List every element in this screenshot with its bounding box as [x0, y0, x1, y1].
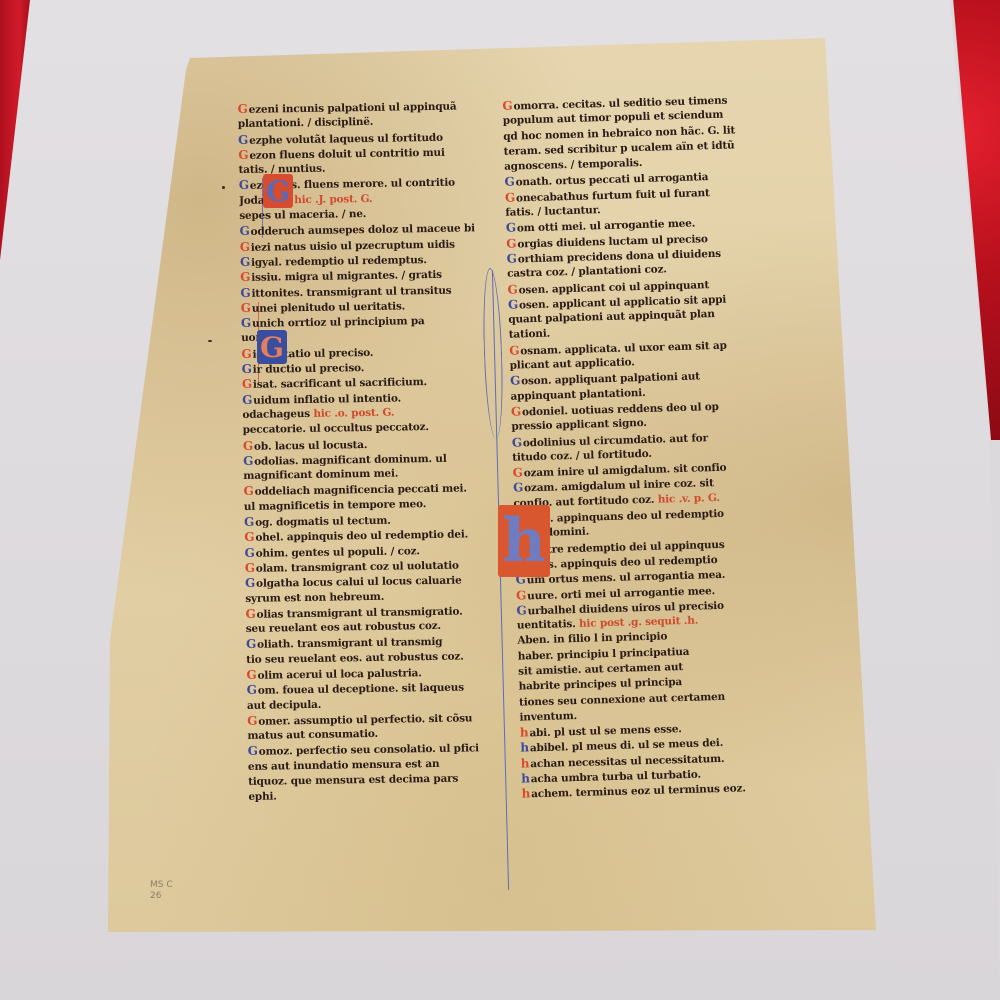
- minor-initial: G: [241, 347, 251, 361]
- line-text: magnificant dominum mei.: [243, 468, 398, 482]
- minor-initial: G: [516, 588, 526, 602]
- line-text: appinquant plantationi.: [510, 387, 645, 403]
- line-text: ob. lacus ul locusta.: [254, 439, 368, 453]
- line-text: oliath. transmigrant ul transmig: [257, 636, 442, 651]
- shelfmark-line: MS C: [150, 880, 173, 891]
- minor-initial: G: [245, 607, 255, 621]
- line-text: fatis. / luctantur.: [505, 204, 600, 219]
- minor-initial: G: [243, 438, 253, 452]
- decorated-initial-h: h: [498, 505, 550, 577]
- line-text: ul magnificetis in tempore meo.: [244, 498, 427, 513]
- line-text: syrum est non hebreum.: [245, 590, 384, 604]
- minor-initial: h: [521, 756, 530, 770]
- line-text: tiquoz. que mensura est decima pars: [248, 773, 458, 788]
- line-text: og. dogmatis ul tectum.: [255, 515, 391, 529]
- minor-initial: G: [506, 221, 516, 235]
- line-text: ezon fluens doluit ul contritio mui: [249, 147, 445, 162]
- line-text: habrite principes ul principa: [518, 676, 682, 693]
- minor-initial: G: [242, 392, 252, 406]
- decorated-initial-g: G: [263, 174, 293, 208]
- line-text: inventum.: [519, 710, 577, 724]
- shelfmark: MS C 26: [150, 880, 173, 902]
- minor-initial: G: [246, 668, 256, 682]
- ink-speck: [208, 340, 212, 342]
- line-text: ephi.: [248, 791, 276, 803]
- line-text: tio seu reuelant eos. aut robustus coz.: [246, 650, 464, 665]
- line-text: om. fouea ul deceptione. sit laqueus: [258, 682, 464, 697]
- line-text: agnoscens. / temporalis.: [504, 157, 642, 173]
- minor-initial: G: [247, 714, 257, 728]
- minor-initial: G: [241, 301, 251, 315]
- minor-initial: G: [505, 190, 515, 204]
- minor-initial: G: [516, 603, 526, 617]
- minor-initial: G: [242, 362, 252, 376]
- line-text: oddeliach magnificencia peccati mei.: [255, 483, 467, 498]
- minor-initial: G: [502, 99, 512, 113]
- line-text: matus aut consumatio.: [247, 728, 378, 742]
- minor-initial: G: [248, 744, 258, 758]
- line-text: olim acerui ul loca palustria.: [257, 667, 421, 682]
- line-text: Aben. in filio l in principio: [517, 631, 667, 647]
- rubric: hic .J. post. G.: [294, 193, 372, 206]
- line-text: plantationi. / disciplinë.: [238, 116, 374, 130]
- minor-initial: G: [237, 102, 247, 116]
- minor-initial: G: [504, 175, 514, 189]
- minor-initial: G: [243, 454, 253, 468]
- minor-initial: G: [241, 316, 251, 330]
- line-text: uidum inflatio ul intentio.: [253, 392, 401, 406]
- line-text: ezeni incunis palpationi ul appinquã: [249, 101, 457, 116]
- line-text: seu reuelant eos aut robustus coz.: [246, 620, 441, 635]
- minor-initial: G: [243, 484, 253, 498]
- line-text: ittonites. transmigrant ul transitus: [251, 284, 451, 299]
- minor-initial: G: [513, 481, 523, 495]
- line-text: olgatha locus calui ul locus caluarie: [256, 575, 462, 590]
- minor-initial: G: [238, 132, 248, 146]
- line-text: ohel. appinquis deo ul redemptio dei.: [255, 529, 468, 544]
- line-text: omer. assumptio ul perfectio. sit cõsu: [258, 712, 472, 727]
- minor-initial: G: [512, 435, 522, 449]
- minor-initial: G: [510, 374, 520, 388]
- minor-initial: G: [246, 637, 256, 651]
- minor-initial: G: [509, 343, 519, 357]
- decorated-initial-g-second: G: [257, 330, 287, 364]
- minor-initial: G: [506, 251, 516, 265]
- rubric: hic .o. post. G.: [313, 407, 394, 420]
- line-text: pressio applicant signo.: [511, 417, 647, 433]
- line-text: titudo coz. / ul fortitudo.: [512, 448, 652, 464]
- line-text: sepes ul maceria. / ne.: [239, 208, 366, 222]
- minor-initial: G: [511, 404, 521, 418]
- minor-initial: G: [240, 240, 250, 254]
- minor-initial: G: [244, 545, 254, 559]
- minor-initial: G: [512, 466, 522, 480]
- minor-initial: G: [240, 255, 250, 269]
- line-text: unich orrtioz ul principium pa: [252, 315, 425, 330]
- line-text: ir ductio ul preciso.: [253, 362, 365, 376]
- rubric: hic post .g. sequit .h.: [579, 615, 698, 630]
- line-text: peccatorie. ul occultus peccatoz.: [243, 421, 429, 436]
- minor-initial: h: [521, 787, 530, 801]
- minor-initial: G: [507, 282, 517, 296]
- line-text: odachageus: [242, 408, 313, 421]
- minor-initial: h: [520, 741, 529, 755]
- line-text: aut decipula.: [247, 698, 321, 711]
- line-text: isat. sacrificant ul sacrificium.: [253, 376, 427, 391]
- minor-initial: G: [240, 270, 250, 284]
- rubric: hic .v. p. G.: [658, 492, 720, 506]
- minor-initial: G: [508, 297, 518, 311]
- minor-initial: G: [240, 285, 250, 299]
- minor-initial: G: [244, 515, 254, 529]
- line-text: plicant aut applicatio.: [510, 356, 635, 371]
- minor-initial: G: [245, 576, 255, 590]
- minor-initial: G: [238, 148, 248, 162]
- line-text: issiu. migra ul migrantes. / gratis: [251, 269, 442, 284]
- minor-initial: G: [244, 530, 254, 544]
- minor-initial: G: [247, 683, 257, 697]
- minor-initial: G: [239, 224, 249, 238]
- minor-initial: G: [506, 236, 516, 250]
- shelfmark-line: 26: [150, 891, 173, 902]
- line-text: tationi.: [509, 328, 551, 341]
- line-text: ohim. gentes ul populi. / coz.: [256, 545, 420, 560]
- minor-initial: G: [242, 377, 252, 391]
- minor-initial: G: [239, 178, 249, 192]
- line-text: uentitatis.: [517, 618, 579, 632]
- line-text: odolias. magnificant dominum. ul: [254, 453, 447, 468]
- line-text: ezphe volutãt laqueus ul fortitudo: [249, 131, 443, 146]
- line-text: igyal. redemptio ul redemptus.: [251, 254, 427, 269]
- line-text: unei plenitudo ul ueritatis.: [252, 300, 405, 314]
- minor-initial: h: [520, 726, 529, 740]
- minor-initial: h: [521, 771, 530, 785]
- line-text: omoz. perfectio seu consolatio. ul pfici: [259, 743, 479, 758]
- line-text: castra coz. / plantationi coz.: [507, 264, 667, 280]
- ink-speck: [222, 186, 225, 189]
- minor-initial: G: [245, 561, 255, 575]
- line-text: ens aut inundatio mensura est an: [248, 758, 440, 773]
- text-column-right: Gomorra. cecitas. ul seditio seu timensp…: [502, 91, 787, 802]
